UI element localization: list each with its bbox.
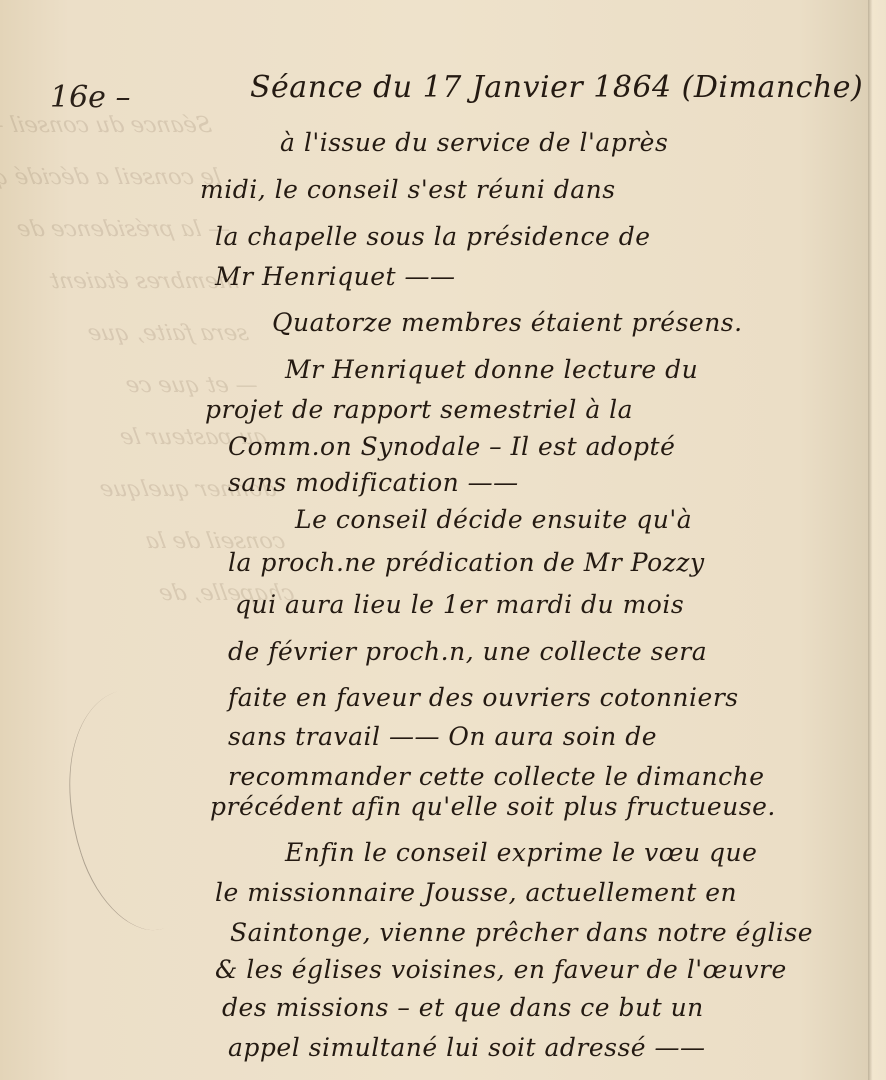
entry-number: 16e – (50, 80, 130, 115)
session-title: Séance du 17 Janvier 1864 (Dimanche) (250, 70, 863, 105)
text-line: des missions – et que dans ce but un (222, 993, 704, 1022)
text-line: Enfin le conseil exprime le vœu que (285, 838, 757, 867)
text-line: à l'issue du service de l'après (280, 128, 668, 157)
manuscript-page: Séance du conseil —le conseil a décidé q… (0, 0, 868, 1080)
text-line: appel simultané lui soit adressé —— (228, 1033, 706, 1062)
text-line: recommander cette collecte le dimanche (228, 762, 765, 791)
text-line: Mr Henriquet —— (215, 262, 456, 291)
page-edge (868, 0, 886, 1080)
text-line: le missionnaire Jousse, actuellement en (215, 878, 737, 907)
text-line: projet de rapport semestriel à la (205, 395, 633, 424)
text-line: Saintonge, vienne prêcher dans notre égl… (230, 918, 813, 947)
text-line: Mr Henriquet donne lecture du (285, 355, 698, 384)
text-line: sans travail —— On aura soin de (228, 722, 657, 751)
text-line: précédent afin qu'elle soit plus fructue… (210, 792, 776, 821)
text-line: la proch.ne prédication de Mr Pozzy (228, 548, 705, 577)
text-line: Le conseil décide ensuite qu'à (295, 505, 692, 534)
text-line: qui aura lieu le 1er mardi du mois (235, 590, 684, 619)
text-line: sans modification —— (228, 468, 519, 497)
text-line: Comm.on Synodale – Il est adopté (228, 432, 675, 461)
text-line: & les églises voisines, en faveur de l'œ… (215, 955, 787, 984)
text-line: faite en faveur des ouvriers cotonniers (228, 683, 739, 712)
text-line: midi, le conseil s'est réuni dans (200, 175, 616, 204)
text-line: la chapelle sous la présidence de (215, 222, 651, 251)
text-line: de février proch.n, une collecte sera (228, 637, 707, 666)
text-line: Quatorze membres étaient présens. (272, 308, 743, 337)
